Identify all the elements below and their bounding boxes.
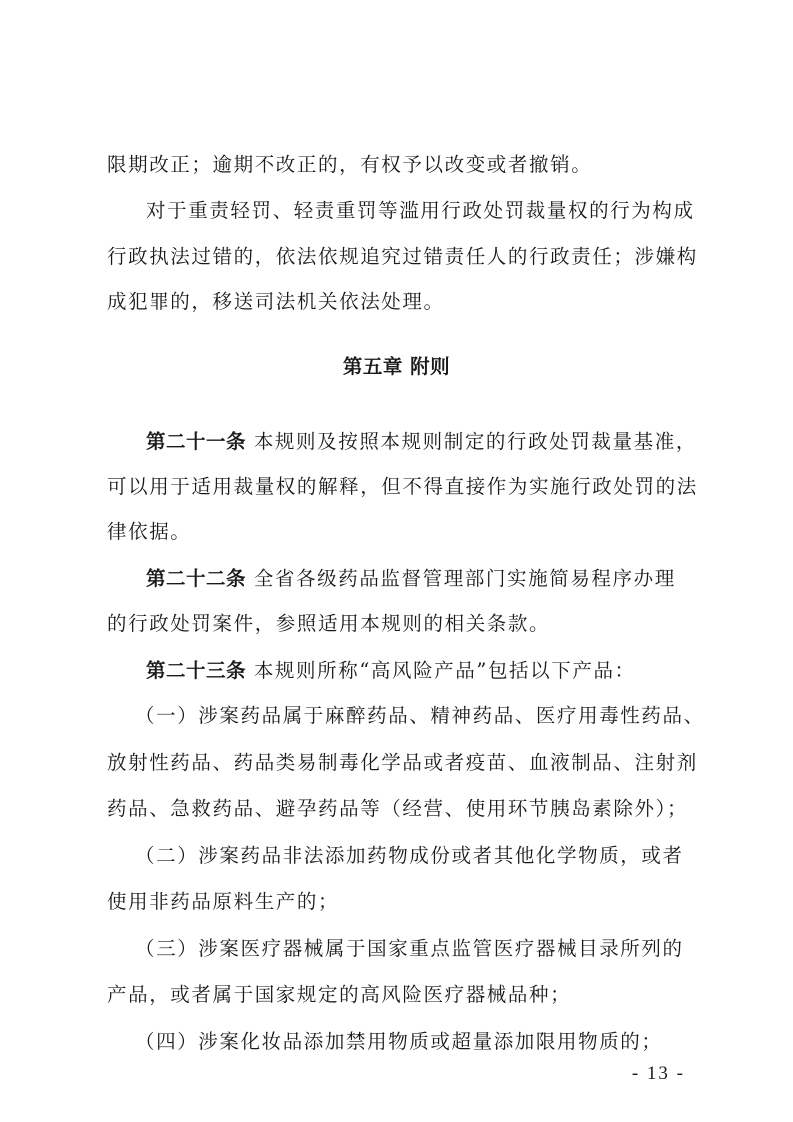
article-22-label: 第二十二条 xyxy=(146,567,246,590)
paragraph-line: 可以用于适用裁量权的解释，但不得直接作为实施行政处罚的法 xyxy=(107,475,692,499)
list-item-4-line: （四）涉案化妆品添加禁用物质或超量添加限用物质的； xyxy=(135,1030,695,1054)
article-21-text: 本规则及按照本规则制定的行政处罚裁量基准， xyxy=(246,430,697,453)
list-item-3-line: （三）涉案医疗器械属于国家重点监管医疗器械目录所列的 xyxy=(135,937,695,961)
article-21-label: 第二十一条 xyxy=(146,430,246,453)
article-22-line: 第二十二条 全省各级药品监督管理部门实施简易程序办理 xyxy=(146,567,692,591)
paragraph-line: 的行政处罚案件，参照适用本规则的相关条款。 xyxy=(107,612,692,636)
article-21-line: 第二十一条 本规则及按照本规则制定的行政处罚裁量基准， xyxy=(146,430,692,454)
article-23-text: 本规则所称“高风险产品”包括以下产品： xyxy=(246,659,636,682)
page-number: - 13 - xyxy=(632,1062,685,1086)
list-item-2-line: 使用非药品原料生产的； xyxy=(107,890,692,914)
paragraph-line: 限期改正；逾期不改正的，有权予以改变或者撤销。 xyxy=(107,153,692,177)
paragraph-line: 对于重责轻罚、轻责重罚等滥用行政处罚裁量权的行为构成 xyxy=(146,199,692,223)
article-23-line: 第二十三条 本规则所称“高风险产品”包括以下产品： xyxy=(146,659,692,683)
list-item-1-line: 药品、急救药品、避孕药品等（经营、使用环节胰岛素除外）； xyxy=(107,797,692,821)
list-item-1-line: 放射性药品、药品类易制毒化学品或者疫苗、血液制品、注射剂 xyxy=(107,751,692,775)
paragraph-line: 行政执法过错的，依法依规追究过错责任人的行政责任；涉嫌构 xyxy=(107,245,692,269)
article-23-label: 第二十三条 xyxy=(146,659,246,682)
paragraph-line: 成犯罪的，移送司法机关依法处理。 xyxy=(107,290,692,314)
list-item-2-line: （二）涉案药品非法添加药物成份或者其他化学物质，或者 xyxy=(135,844,695,868)
chapter-heading: 第五章 附则 xyxy=(0,355,793,379)
list-item-1-line: （一）涉案药品属于麻醉药品、精神药品、医疗用毒性药品、 xyxy=(135,704,695,728)
paragraph-line: 律依据。 xyxy=(107,520,692,544)
list-item-3-line: 产品，或者属于国家规定的高风险医疗器械品种； xyxy=(107,983,692,1007)
article-22-text: 全省各级药品监督管理部门实施简易程序办理 xyxy=(246,567,676,590)
